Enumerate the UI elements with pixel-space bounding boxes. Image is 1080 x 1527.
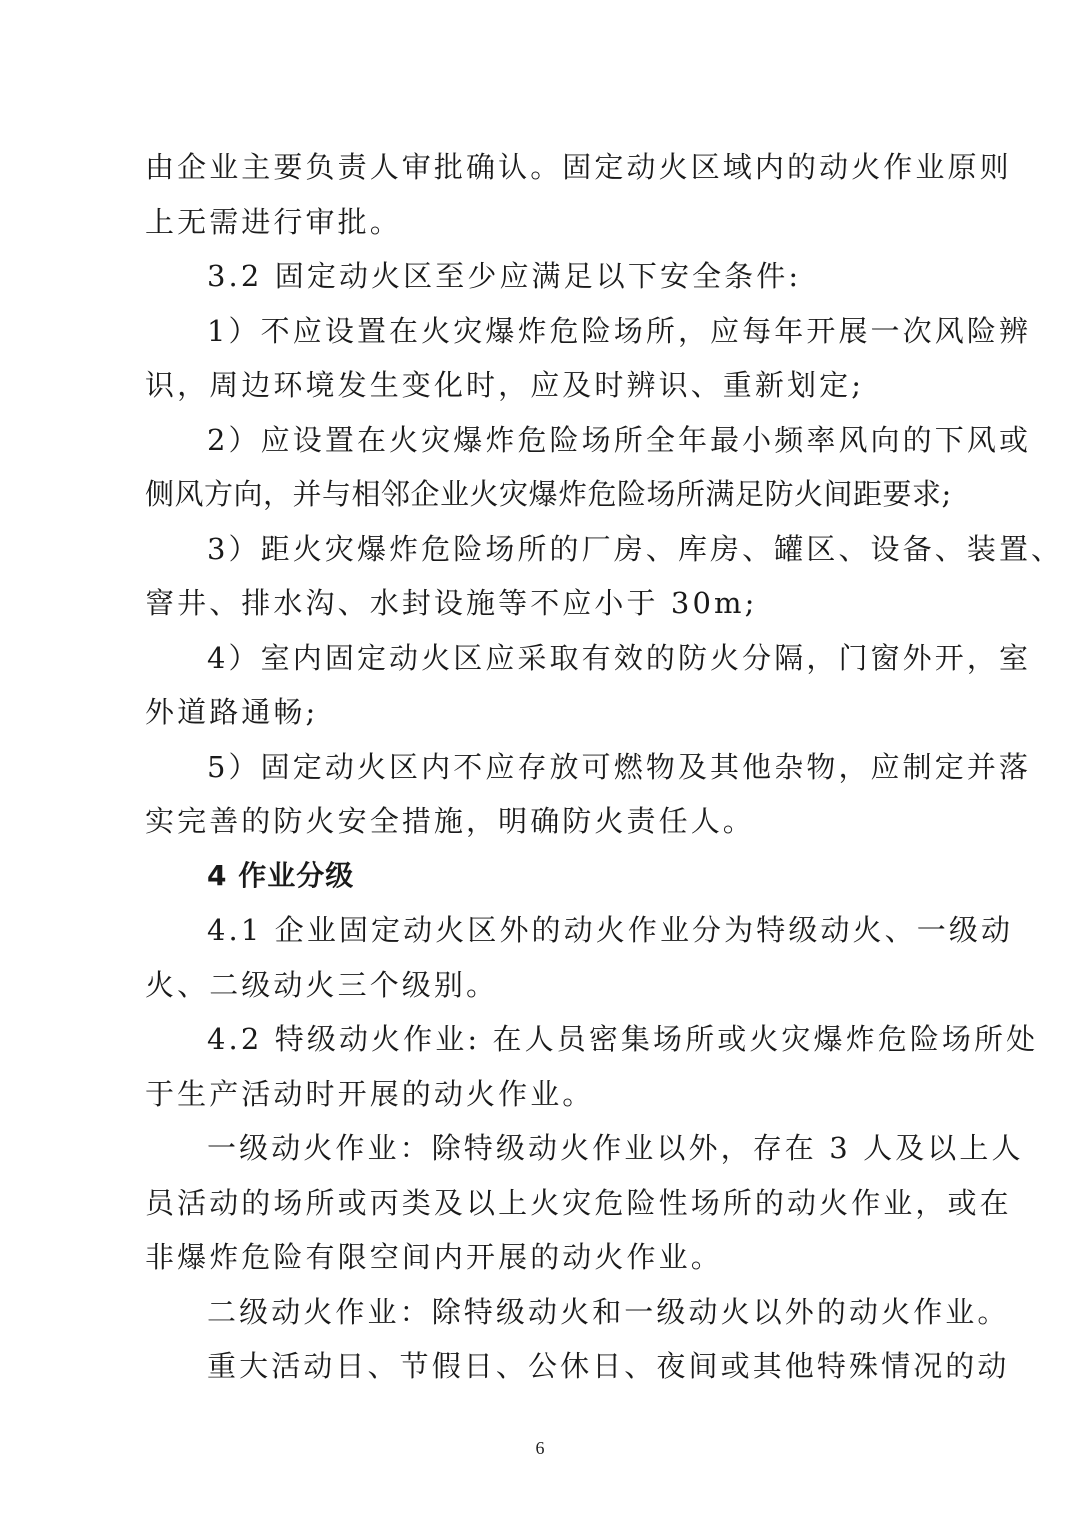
- paragraph-item-3: 3）距火灾爆炸危险场所的厂房、库房、罐区、设备、装置、 窨井、排水沟、水封设施等…: [145, 522, 940, 631]
- text-line: 二级动火作业：除特级动火和一级动火以外的动火作业。: [145, 1285, 940, 1340]
- text-line: 4.1 企业固定动火区外的动火作业分为特级动火、一级动: [145, 903, 940, 958]
- text-line: 5）固定动火区内不应存放可燃物及其他杂物，应制定并落: [145, 740, 940, 795]
- paragraph-item-2: 2）应设置在火灾爆炸危险场所全年最小频率风向的下风或 侧风方向，并与相邻企业火灾…: [145, 413, 940, 522]
- text-line: 一级动火作业：除特级动火作业以外，存在 3 人及以上人: [145, 1121, 940, 1176]
- paragraph-special-days: 重大活动日、节假日、公休日、夜间或其他特殊情况的动: [145, 1339, 940, 1394]
- paragraph-approval-continuation: 由企业主要负责人审批确认。固定动火区域内的动火作业原则 上无需进行审批。: [145, 140, 940, 249]
- paragraph-3-2: 3.2 固定动火区至少应满足以下安全条件:: [145, 249, 940, 304]
- text-line: 重大活动日、节假日、公休日、夜间或其他特殊情况的动: [145, 1339, 940, 1394]
- paragraph-item-5: 5）固定动火区内不应存放可燃物及其他杂物，应制定并落 实完善的防火安全措施，明确…: [145, 740, 940, 849]
- text-line: 实完善的防火安全措施，明确防火责任人。: [145, 794, 940, 849]
- body-text: 由企业主要负责人审批确认。固定动火区域内的动火作业原则 上无需进行审批。 3.2…: [145, 140, 940, 1394]
- text-line: 3.2 固定动火区至少应满足以下安全条件:: [145, 249, 940, 304]
- section-heading-4: 4 作业分级: [145, 849, 940, 904]
- text-line: 4.2 特级动火作业: 在人员密集场所或火灾爆炸危险场所处: [145, 1012, 940, 1067]
- text-line: 1）不应设置在火灾爆炸危险场所，应每年开展一次风险辨: [145, 304, 940, 359]
- text-line: 识，周边环境发生变化时，应及时辨识、重新划定;: [145, 358, 940, 413]
- text-line: 上无需进行审批。: [145, 195, 940, 250]
- document-page: 由企业主要负责人审批确认。固定动火区域内的动火作业原则 上无需进行审批。 3.2…: [0, 0, 1080, 1527]
- paragraph-item-1: 1）不应设置在火灾爆炸危险场所，应每年开展一次风险辨 识，周边环境发生变化时，应…: [145, 304, 940, 413]
- heading-text: 4 作业分级: [145, 849, 940, 904]
- text-line: 非爆炸危险有限空间内开展的动火作业。: [145, 1230, 940, 1285]
- text-line: 2）应设置在火灾爆炸危险场所全年最小频率风向的下风或: [145, 413, 940, 468]
- text-line: 由企业主要负责人审批确认。固定动火区域内的动火作业原则: [145, 140, 940, 195]
- paragraph-level-2: 二级动火作业：除特级动火和一级动火以外的动火作业。: [145, 1285, 940, 1340]
- paragraph-level-1: 一级动火作业：除特级动火作业以外，存在 3 人及以上人 员活动的场所或丙类及以上…: [145, 1121, 940, 1285]
- paragraph-item-4: 4）室内固定动火区应采取有效的防火分隔，门窗外开，室 外道路通畅;: [145, 631, 940, 740]
- text-line: 外道路通畅;: [145, 685, 940, 740]
- text-line: 于生产活动时开展的动火作业。: [145, 1067, 940, 1122]
- text-line: 3）距火灾爆炸危险场所的厂房、库房、罐区、设备、装置、: [145, 522, 940, 577]
- page-number: 6: [0, 1438, 1080, 1459]
- text-line: 员活动的场所或丙类及以上火灾危险性场所的动火作业，或在: [145, 1176, 940, 1231]
- paragraph-4-1: 4.1 企业固定动火区外的动火作业分为特级动火、一级动 火、二级动火三个级别。: [145, 903, 940, 1012]
- text-line: 火、二级动火三个级别。: [145, 958, 940, 1013]
- text-line: 4）室内固定动火区应采取有效的防火分隔，门窗外开，室: [145, 631, 940, 686]
- paragraph-4-2: 4.2 特级动火作业: 在人员密集场所或火灾爆炸危险场所处 于生产活动时开展的动…: [145, 1012, 940, 1121]
- text-line: 侧风方向，并与相邻企业火灾爆炸危险场所满足防火间距要求;: [145, 467, 940, 522]
- text-line: 窨井、排水沟、水封设施等不应小于 30m;: [145, 576, 940, 631]
